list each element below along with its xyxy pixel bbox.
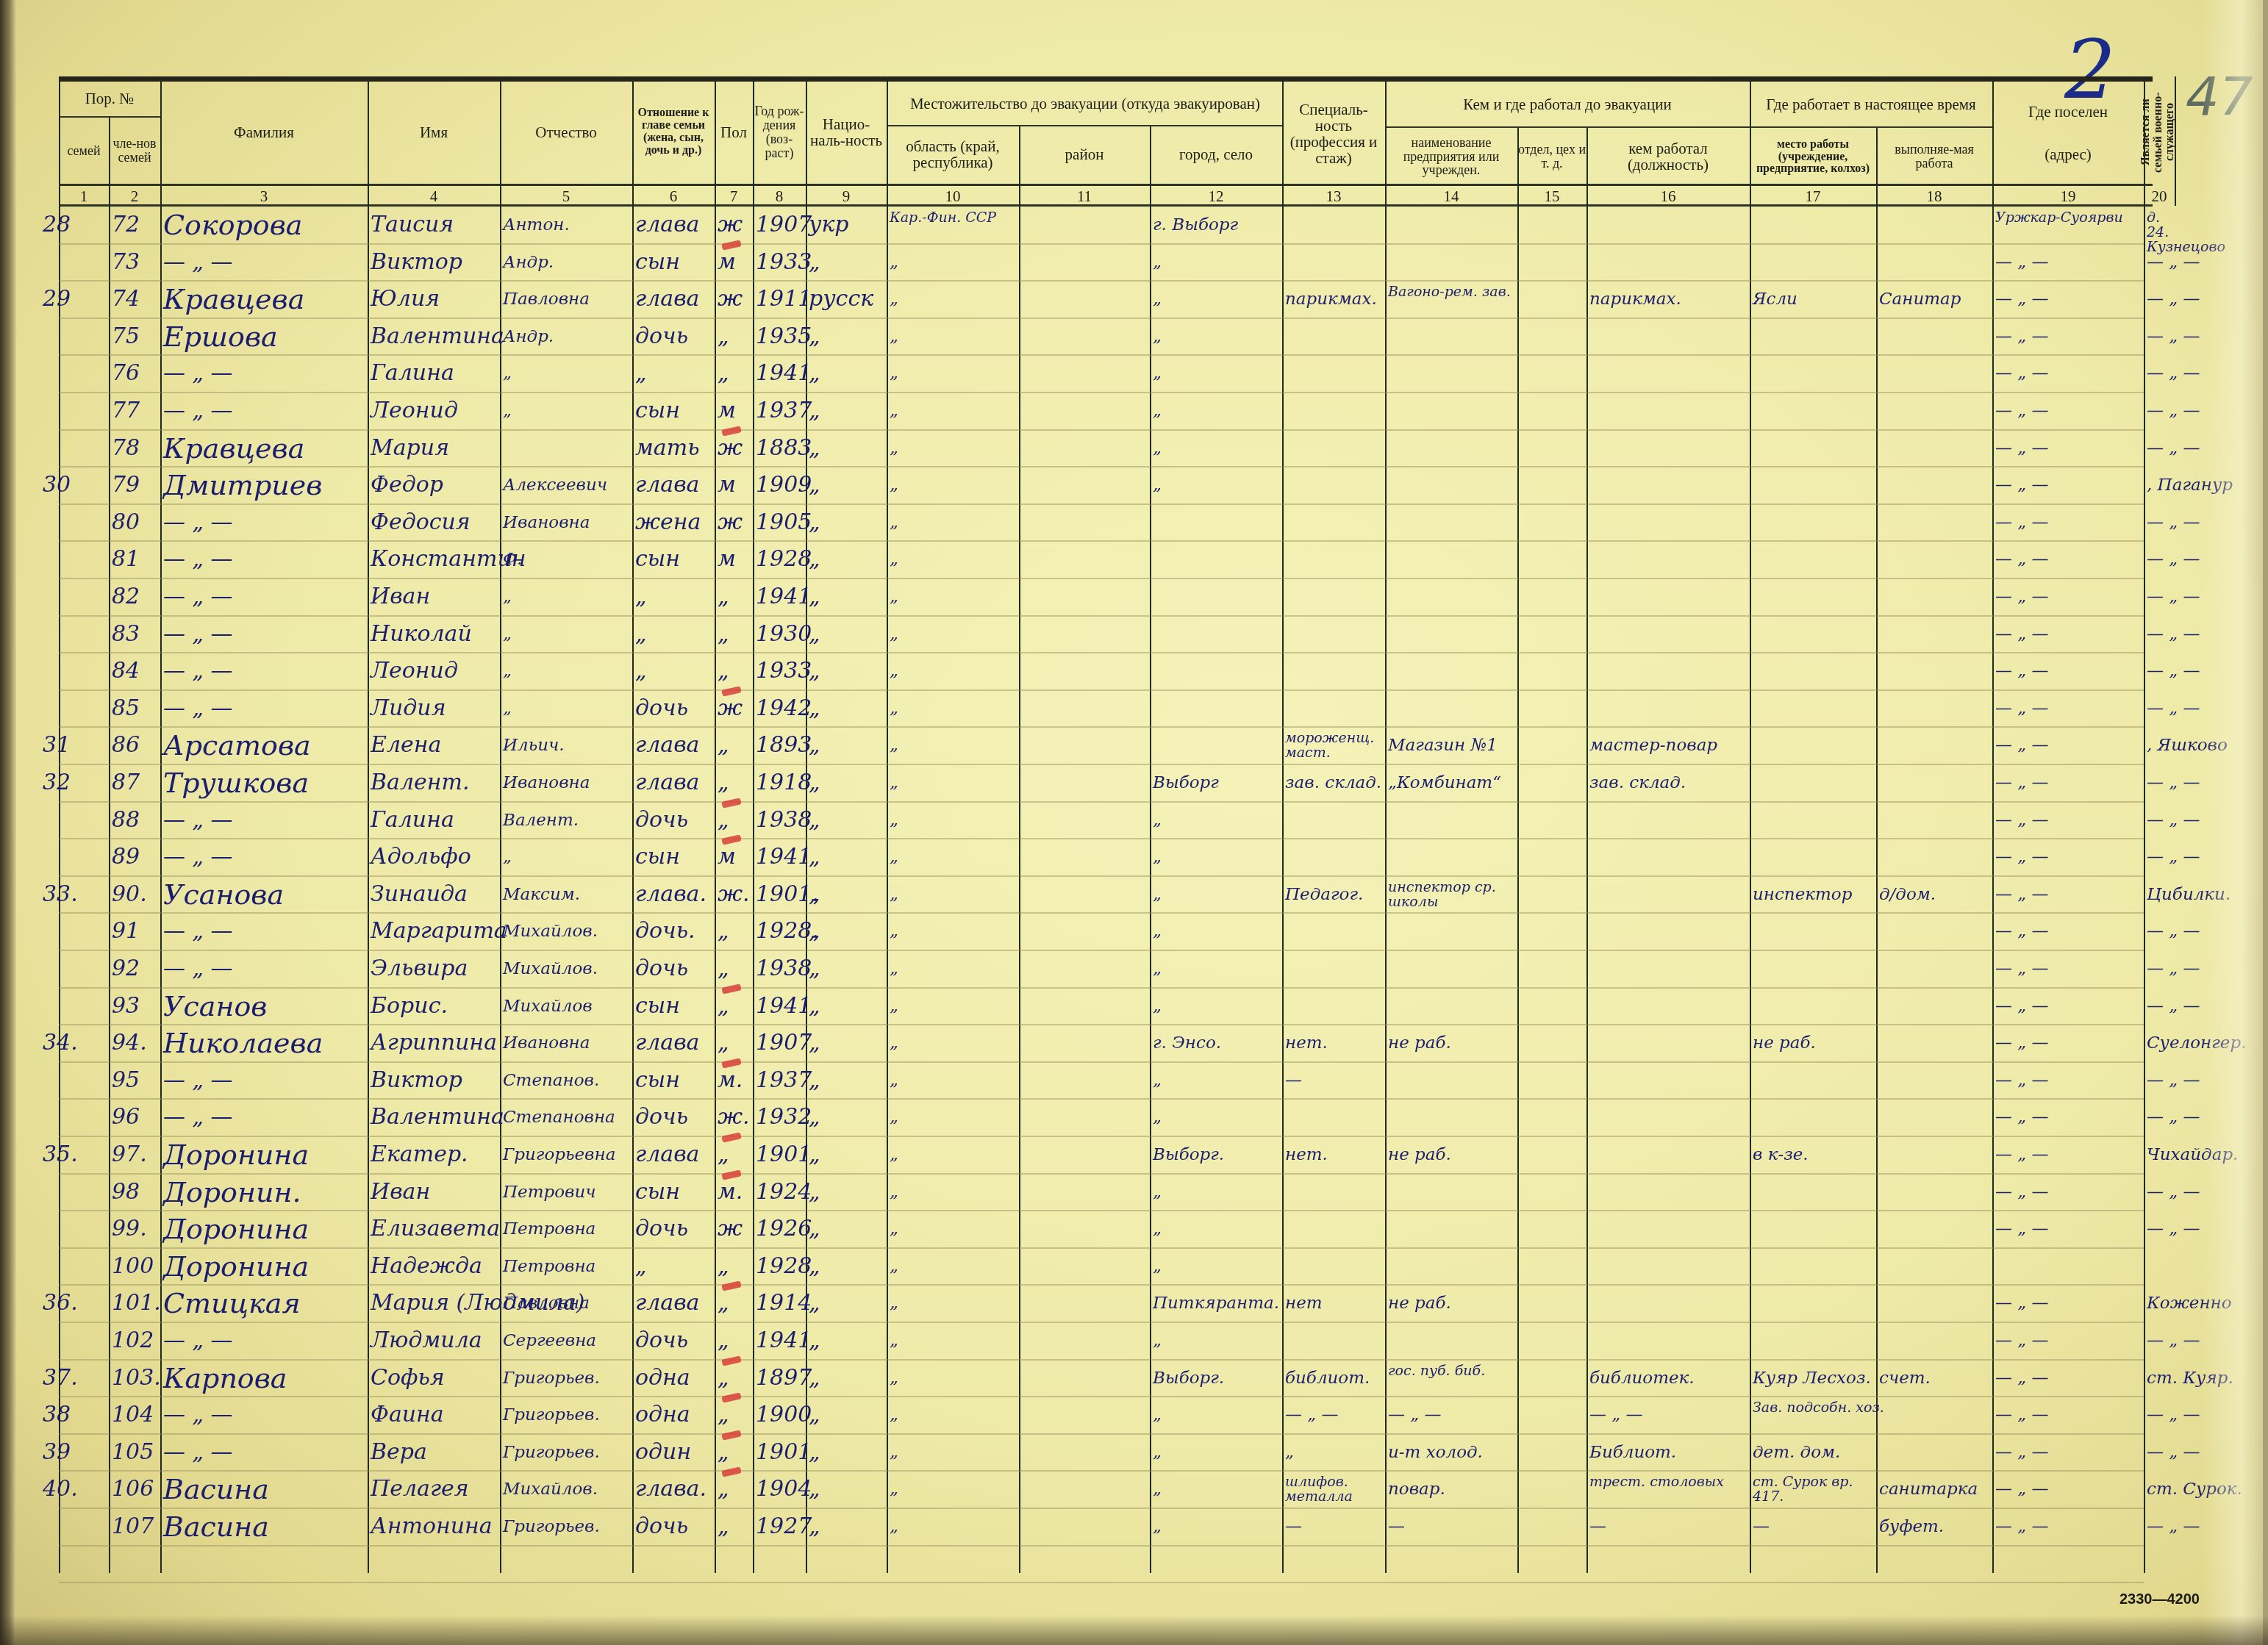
cell-city: „ <box>1153 283 1162 315</box>
cell-spec: нет. <box>1285 1139 1328 1171</box>
cell-sex: ж. <box>718 1101 750 1133</box>
row-rule <box>59 615 2144 617</box>
cell-fam: 30 <box>43 469 71 501</box>
cell-work_job: д/дом. <box>1879 878 1936 911</box>
cell-settled: — „ — <box>1995 1362 2049 1394</box>
cell-fam: 36. <box>43 1287 78 1319</box>
cell-mil: — „ — <box>2147 506 2200 539</box>
cell-mil: — „ — <box>2147 655 2200 687</box>
column-number: 3 <box>160 188 368 204</box>
red-check-mark <box>721 240 741 250</box>
cell-nat: „ <box>809 953 820 985</box>
cell-name: Таисия <box>371 209 454 241</box>
row-rule <box>59 1024 2144 1025</box>
book-binding <box>0 0 16 1645</box>
row-rule <box>59 1545 2144 1547</box>
cell-sex: „ <box>718 1436 729 1469</box>
cell-city: „ <box>1153 1325 1162 1357</box>
cell-name: Иван <box>371 581 430 613</box>
cell-rel: „ <box>635 581 647 613</box>
cell-nat: „ <box>809 469 820 501</box>
cell-mem: 90. <box>112 878 147 911</box>
cell-sex: „ <box>718 581 729 613</box>
cell-patr: Андр. <box>503 246 554 279</box>
row-rule <box>59 1470 2144 1472</box>
cell-settled: — „ — <box>1995 878 2049 911</box>
row-rule <box>59 1582 2144 1583</box>
cell-name: Фаина <box>371 1399 444 1431</box>
cell-year: 1897 <box>756 1362 812 1394</box>
cell-surname: Усанов <box>163 990 267 1022</box>
cell-patr: Петровна <box>503 1250 595 1283</box>
cell-mil: — „ — <box>2147 1399 2200 1431</box>
cell-mem: 96 <box>112 1101 140 1133</box>
cell-mil: — „ — <box>2147 357 2200 390</box>
cell-rel: сын <box>635 841 680 873</box>
cell-nat: „ <box>809 618 820 651</box>
column-number: 6 <box>632 188 715 204</box>
cell-mem: 107 <box>112 1510 154 1543</box>
cell-org: гос. пуб. биб. <box>1388 1363 1528 1396</box>
column-divider <box>109 118 110 1573</box>
cell-sex: „ <box>718 1325 729 1357</box>
cell-city: „ <box>1153 1436 1162 1469</box>
cell-region: „ <box>890 767 898 799</box>
cell-city: „ <box>1153 1510 1162 1543</box>
column-divider <box>632 76 634 1573</box>
cell-settled: — „ — <box>1995 1325 2049 1357</box>
column-number: 9 <box>806 188 887 204</box>
cell-sex: м. <box>718 1064 743 1097</box>
cell-surname: — „ — <box>163 692 233 725</box>
cell-org: инспектор ср. школы <box>1388 880 1528 912</box>
cell-region: „ <box>890 1250 898 1283</box>
red-check-mark <box>721 1430 741 1440</box>
cell-region: „ <box>890 1287 898 1319</box>
cell-patr: Андр. <box>503 320 554 353</box>
cell-region: „ <box>890 1473 898 1505</box>
cell-mem: 93 <box>112 990 140 1022</box>
cell-surname: Кравцева <box>163 283 304 315</box>
cell-name: Пелагея <box>371 1473 469 1505</box>
column-number: 7 <box>715 188 753 204</box>
cell-name: Елизавета <box>371 1213 500 1245</box>
cell-region: „ <box>890 655 898 687</box>
cell-sex: „ <box>718 1399 729 1431</box>
cell-mem: 103. <box>112 1362 161 1394</box>
row-rule <box>59 726 2144 728</box>
cell-year: 1941 <box>756 841 812 873</box>
cell-settled: — „ — <box>1995 729 2049 761</box>
cell-year: 1938 <box>756 804 812 836</box>
cell-rel: дочь <box>635 804 688 836</box>
cell-nat: „ <box>809 357 820 390</box>
cell-mem: 97. <box>112 1139 147 1171</box>
cell-name: Юлия <box>371 283 440 315</box>
cell-patr: Петровна <box>503 1213 595 1245</box>
cell-mem: 87 <box>112 767 140 799</box>
cell-rel: глава. <box>635 1473 706 1505</box>
column-number: 19 <box>1992 188 2144 204</box>
cell-surname: Стицкая <box>163 1287 301 1319</box>
cell-region: „ <box>890 915 898 947</box>
column-divider <box>1517 128 1519 1573</box>
cell-mem: 74 <box>112 283 140 315</box>
cell-year: 1901 <box>756 1436 812 1469</box>
cell-spec: парикмах. <box>1285 283 1377 315</box>
cell-mem: 76 <box>112 357 140 390</box>
cell-rel: глава <box>635 1287 700 1319</box>
cell-nat: русск <box>809 283 873 315</box>
cell-rel: сын <box>635 543 680 576</box>
cell-mem: 88 <box>112 804 140 836</box>
cell-sex: „ <box>718 1510 729 1543</box>
header-oblast: область (край, республика) <box>887 129 1019 180</box>
cell-name: Виктор <box>371 1064 462 1097</box>
cell-surname: — „ — <box>163 1399 233 1431</box>
red-check-mark <box>721 1467 741 1477</box>
cell-mem: 75 <box>112 320 140 353</box>
cell-year: 1900 <box>756 1399 812 1431</box>
cell-spec: „ <box>1285 1436 1294 1469</box>
cell-nat: „ <box>809 878 820 911</box>
cell-mil: — „ — <box>2147 915 2200 947</box>
header-voennosluzhaschego: Является ли семьей военно-служащего <box>2144 82 2173 182</box>
cell-name: Лидия <box>371 692 446 725</box>
cell-rel: глава. <box>635 878 706 911</box>
header-top-rule <box>59 76 2153 82</box>
cell-name: Адольфо <box>371 841 471 873</box>
cell-org: не раб. <box>1388 1139 1451 1171</box>
cell-sex: „ <box>718 729 729 761</box>
header-otnoshenie: Отношение к главе семьи (жена, сын, дочь… <box>632 84 715 181</box>
cell-mil: — „ — <box>2147 432 2200 465</box>
cell-sex: м. <box>718 1176 743 1208</box>
cell-mil: — „ — <box>2147 246 2200 279</box>
cell-region: „ <box>890 1027 898 1059</box>
column-divider <box>1150 126 1151 1573</box>
cell-patr: „ <box>503 581 512 613</box>
column-number: 14 <box>1385 188 1517 204</box>
cell-rel: сын <box>635 1064 680 1097</box>
row-rule <box>59 912 2144 914</box>
cell-region: „ <box>890 320 898 353</box>
cell-settled: — „ — <box>1995 1287 2049 1319</box>
cell-patr: Ивановна <box>503 1027 590 1059</box>
cell-work_place: ст. Сурок вр. 417. <box>1753 1474 1886 1507</box>
cell-region: „ <box>890 543 898 576</box>
cell-city: „ <box>1153 841 1162 873</box>
column-divider <box>1019 126 1020 1573</box>
cell-name: Агриппина <box>371 1027 497 1059</box>
cell-work_place: — <box>1753 1510 1770 1543</box>
page-edge <box>2202 0 2268 1645</box>
cell-region: „ <box>890 841 898 873</box>
cell-pos: парикмах. <box>1589 283 1681 315</box>
cell-nat: „ <box>809 246 820 279</box>
cell-fam: 28 <box>43 209 71 241</box>
cell-mil: — „ — <box>2147 1436 2200 1469</box>
cell-nat: „ <box>809 395 820 427</box>
cell-name: Николай <box>371 618 472 651</box>
cell-region: Кар.-Фин. ССР <box>890 210 1029 243</box>
red-check-mark <box>721 1355 741 1366</box>
row-rule <box>59 1396 2144 1397</box>
cell-sex: „ <box>718 915 729 947</box>
cell-org: и-т холод. <box>1388 1436 1483 1469</box>
cell-mil: — „ — <box>2147 618 2200 651</box>
cell-settled: — „ — <box>1995 1213 2049 1245</box>
cell-mem: 73 <box>112 246 140 279</box>
column-number: 1 <box>59 188 109 204</box>
cell-region: „ <box>890 1510 898 1543</box>
cell-year: 1932 <box>756 1101 812 1133</box>
cell-region: „ <box>890 432 898 465</box>
cell-city: „ <box>1153 432 1162 465</box>
cell-sex: м <box>718 246 736 279</box>
cell-mil: — „ — <box>2147 320 2200 353</box>
cell-mil: — „ — <box>2147 990 2200 1022</box>
cell-settled: — „ — <box>1995 1139 2049 1171</box>
cell-patr: „ <box>503 655 512 687</box>
cell-patr: Григорьев. <box>503 1436 600 1469</box>
cell-nat: „ <box>809 1064 820 1097</box>
row-rule <box>59 875 2144 877</box>
cell-nat: „ <box>809 729 820 761</box>
row-rule <box>59 1322 2144 1323</box>
row-rule <box>59 466 2144 467</box>
cell-surname: — „ — <box>163 804 233 836</box>
cell-sex: м <box>718 841 736 873</box>
cell-region: „ <box>890 990 898 1022</box>
cell-year: 1930 <box>756 618 812 651</box>
cell-spec: мороженщ. маст. <box>1285 731 1395 763</box>
cell-nat: „ <box>809 1510 820 1543</box>
cell-mem: 80 <box>112 506 140 539</box>
header-group-gde-seychas: Где работает в настоящее время <box>1750 82 1992 126</box>
cell-fam: 33. <box>43 878 78 911</box>
cell-pos: мастер-повар <box>1589 729 1717 761</box>
red-check-mark <box>721 1281 741 1291</box>
cell-city: Выборг <box>1153 767 1219 799</box>
cell-name: Зинаида <box>371 878 468 911</box>
cell-surname: Доронина <box>163 1213 309 1245</box>
cell-year: 1937 <box>756 1064 812 1097</box>
row-rule <box>59 392 2144 393</box>
header-kem-rabotal: кем работал (должность) <box>1586 131 1750 182</box>
cell-spec: шлифов. металла <box>1285 1474 1395 1507</box>
cell-city: „ <box>1153 878 1162 911</box>
cell-patr: Максим. <box>503 878 580 911</box>
column-divider <box>715 76 716 1573</box>
cell-patr: Михайлов <box>503 990 593 1022</box>
cell-rel: сын <box>635 395 680 427</box>
row-rule <box>59 987 2144 989</box>
cell-nat: „ <box>809 1362 820 1394</box>
header-mesto-raboty: место работы (учреждение, предприятие, к… <box>1750 131 1876 184</box>
cell-year: 1941 <box>756 990 812 1022</box>
cell-sex: „ <box>718 320 729 353</box>
cell-pos: зав. склад. <box>1589 767 1686 799</box>
cell-region: „ <box>890 1436 898 1469</box>
cell-name: Софья <box>371 1362 445 1394</box>
cell-settled: — „ — <box>1995 618 2049 651</box>
cell-patr: Валент. <box>503 804 579 836</box>
cell-pos: — <box>1589 1510 1606 1543</box>
cell-mil: — „ — <box>2147 804 2200 836</box>
cell-rel: „ <box>635 357 647 390</box>
register-page: 2 47 2330—4200 Пор. № семей чле-нов семе… <box>13 0 2263 1645</box>
row-rule <box>59 1508 2144 1509</box>
column-number-rule <box>59 204 2153 207</box>
cell-rel: один <box>635 1436 691 1469</box>
cell-work_job: Санитар <box>1879 283 1961 315</box>
cell-name: Федосия <box>371 506 471 539</box>
cell-year: 1914 <box>756 1287 812 1319</box>
cell-nat: „ <box>809 543 820 576</box>
cell-spec: Педагог. <box>1285 878 1363 911</box>
cell-work_place: Куяр Лесхоз. <box>1753 1362 1871 1394</box>
column-divider <box>887 76 888 1573</box>
cell-nat: „ <box>809 915 820 947</box>
cell-sex: „ <box>718 618 729 651</box>
cell-settled: — „ — <box>1995 990 2049 1022</box>
cell-city: „ <box>1153 1473 1162 1505</box>
column-divider <box>1876 128 1878 1573</box>
cell-name: Надежда <box>371 1250 482 1283</box>
row-rule <box>59 280 2144 282</box>
cell-surname: Арсатова <box>163 729 311 761</box>
cell-mem: 79 <box>112 469 140 501</box>
subheader-rule <box>1750 126 1992 128</box>
cell-sex: „ <box>718 357 729 390</box>
cell-fam: 38 <box>43 1399 71 1431</box>
cell-nat: „ <box>809 692 820 725</box>
row-rule <box>59 1098 2144 1100</box>
cell-surname: Трушкова <box>163 767 309 799</box>
page-shadow <box>0 1616 2268 1645</box>
cell-patr: Ивановна <box>503 506 590 539</box>
cell-name: Антонина <box>371 1510 493 1543</box>
cell-patr: Павловна <box>503 283 590 315</box>
cell-surname: — „ — <box>163 581 233 613</box>
cell-settled: — „ — <box>1995 283 2049 315</box>
column-number: 8 <box>753 188 806 204</box>
cell-nat: „ <box>809 1250 820 1283</box>
row-rule <box>59 243 2144 245</box>
cell-mil: — „ — <box>2147 692 2200 725</box>
cell-region: „ <box>890 357 898 390</box>
row-rule <box>59 1173 2144 1175</box>
column-number: 2 <box>109 188 160 204</box>
cell-nat: „ <box>809 1436 820 1469</box>
cell-region: „ <box>890 283 898 315</box>
cell-pos: — „ — <box>1589 1399 1643 1431</box>
cell-rel: дочь <box>635 1101 688 1133</box>
cell-org: не раб. <box>1388 1287 1451 1319</box>
cell-year: 1893 <box>756 729 812 761</box>
cell-region: „ <box>890 1362 898 1394</box>
cell-patr: Антон. <box>503 209 570 241</box>
cell-rel: „ <box>635 655 647 687</box>
cell-year: 1904 <box>756 1473 812 1505</box>
cell-mem: 99. <box>112 1213 147 1245</box>
header-otdel: отдел, цех и т. д. <box>1517 131 1586 182</box>
cell-rel: дочь <box>635 1510 688 1543</box>
cell-pos: библиотек. <box>1589 1362 1695 1394</box>
cell-nat: „ <box>809 1399 820 1431</box>
cell-settled: — „ — <box>1995 1510 2049 1543</box>
cell-nat: „ <box>809 1101 820 1133</box>
cell-patr: Ф. <box>503 543 522 576</box>
cell-city: г. Выборг <box>1153 209 1238 241</box>
cell-surname: Карпова <box>163 1362 287 1394</box>
cell-mem: 95 <box>112 1064 140 1097</box>
cell-nat: „ <box>809 990 820 1022</box>
cell-fam: 37. <box>43 1362 78 1394</box>
header-bottom-rule <box>59 184 2153 186</box>
cell-patr: Григорьев. <box>503 1399 600 1431</box>
cell-surname: Усанова <box>163 878 284 911</box>
cell-pos: трест. столовых <box>1589 1474 1760 1507</box>
header-por-no: Пор. № <box>59 84 160 113</box>
cell-year: 1883 <box>756 432 812 465</box>
cell-pos: Библиот. <box>1589 1436 1676 1469</box>
column-divider <box>1282 76 1284 1573</box>
cell-spec: — <box>1285 1510 1302 1543</box>
cell-nat: „ <box>809 804 820 836</box>
column-divider <box>2175 76 2176 206</box>
cell-rel: „ <box>635 1250 647 1283</box>
cell-surname: Ершова <box>163 320 278 353</box>
cell-rel: дочь <box>635 320 688 353</box>
column-number: 18 <box>1876 188 1992 204</box>
column-divider <box>1750 76 1751 1573</box>
cell-name: Елена <box>371 729 441 761</box>
header-semey: семей <box>59 125 109 176</box>
cell-name: Иван <box>371 1176 430 1208</box>
cell-mem: 82 <box>112 581 140 613</box>
cell-city: „ <box>1153 990 1162 1022</box>
cell-surname: Доронина <box>163 1250 309 1283</box>
cell-year: 1933 <box>756 655 812 687</box>
cell-rel: дочь <box>635 692 688 725</box>
cell-region: „ <box>890 1176 898 1208</box>
column-divider <box>1385 76 1387 1573</box>
cell-year: 1937 <box>756 395 812 427</box>
cell-region: „ <box>890 581 898 613</box>
row-rule <box>59 578 2144 579</box>
cell-rel: глава <box>635 1027 700 1059</box>
header-familiya: Фамилия <box>160 88 368 176</box>
cell-mil: д. 24. Кузнецово <box>2147 210 2185 243</box>
cell-mem: 77 <box>112 395 140 427</box>
cell-rel: глава <box>635 469 700 501</box>
row-rule <box>59 950 2144 951</box>
cell-fam: 32 <box>43 767 71 799</box>
cell-mem: 89 <box>112 841 140 873</box>
cell-city: „ <box>1153 395 1162 427</box>
cell-sex: „ <box>718 1027 729 1059</box>
cell-patr: Сергеевна <box>503 1325 596 1357</box>
cell-city: „ <box>1153 915 1162 947</box>
cell-rel: глава <box>635 767 700 799</box>
cell-spec: — „ — <box>1285 1399 1339 1431</box>
header-naimenovanie: наименование предприятия или учрежден. <box>1385 131 1517 182</box>
row-rule <box>59 801 2144 803</box>
cell-patr: „ <box>503 692 512 725</box>
cell-surname: Сокорова <box>163 209 303 241</box>
